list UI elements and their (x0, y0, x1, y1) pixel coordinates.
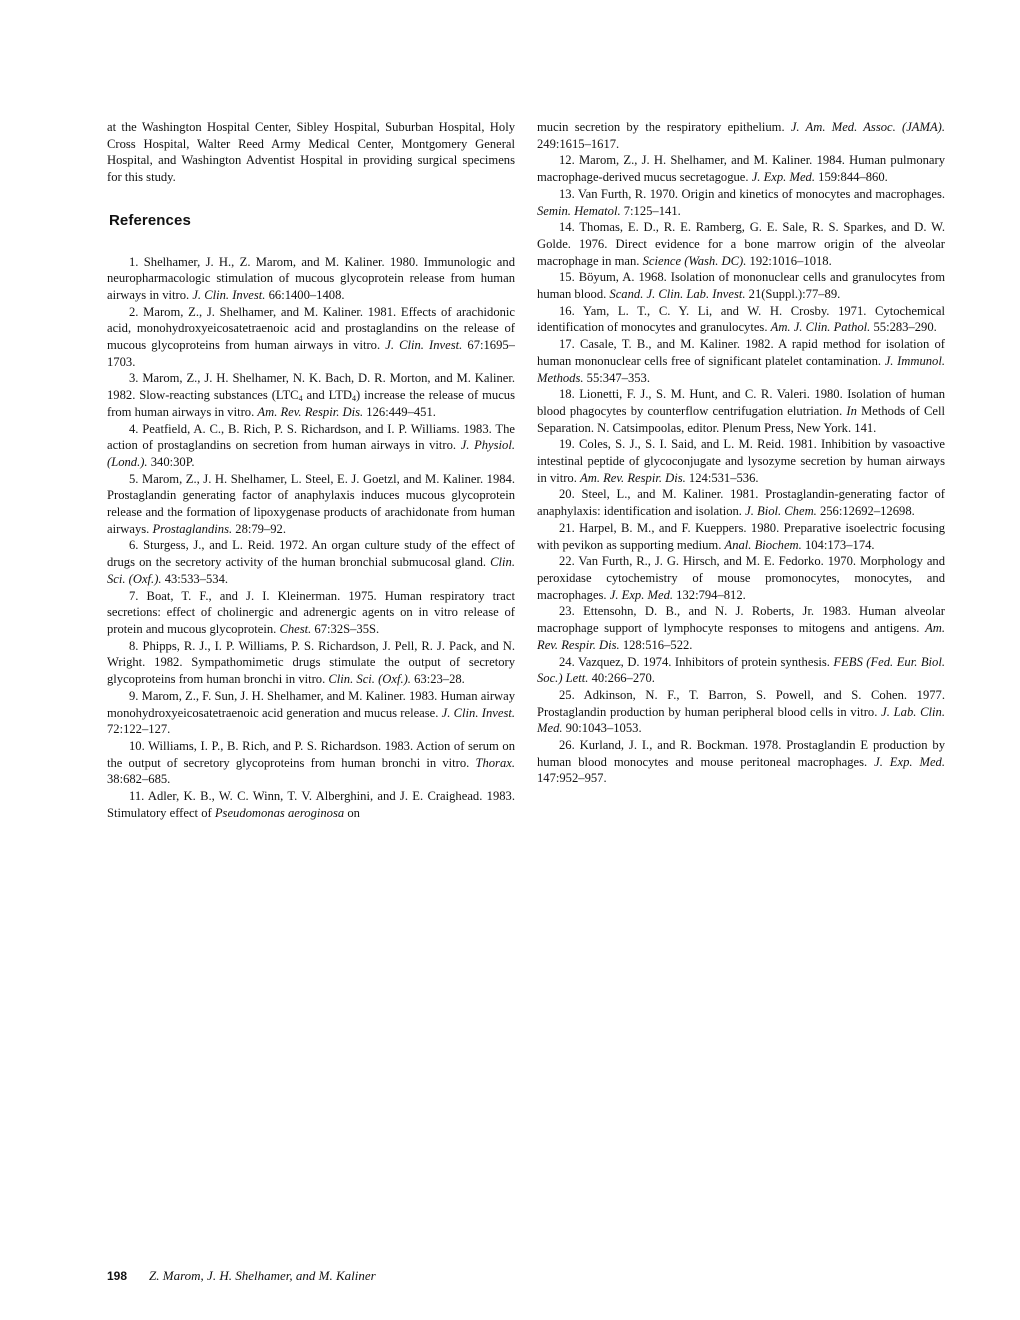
reference-item: 1. Shelhamer, J. H., Z. Marom, and M. Ka… (107, 254, 515, 304)
left-column: at the Washington Hospital Center, Sible… (107, 119, 515, 821)
reference-item: 10. Williams, I. P., B. Rich, and P. S. … (107, 738, 515, 788)
reference-item: 18. Lionetti, F. J., S. M. Hunt, and C. … (537, 386, 945, 436)
running-authors: Z. Marom, J. H. Shelhamer, and M. Kaline… (149, 1268, 376, 1283)
reference-item: 25. Adkinson, N. F., T. Barron, S. Powel… (537, 687, 945, 737)
reference-item: 4. Peatfield, A. C., B. Rich, P. S. Rich… (107, 421, 515, 471)
reference-item: 6. Sturgess, J., and L. Reid. 1972. An o… (107, 537, 515, 587)
reference-item: 14. Thomas, E. D., R. E. Ramberg, G. E. … (537, 219, 945, 269)
reference-item: 22. Van Furth, R., J. G. Hirsch, and M. … (537, 553, 945, 603)
references-heading: References (109, 213, 515, 230)
reference-item: 7. Boat, T. F., and J. I. Kleinerman. 19… (107, 588, 515, 638)
reference-item: 16. Yam, L. T., C. Y. Li, and W. H. Cros… (537, 303, 945, 336)
page-footer: 198Z. Marom, J. H. Shelhamer, and M. Kal… (107, 1268, 376, 1284)
reference-item: 26. Kurland, J. I., and R. Bockman. 1978… (537, 737, 945, 787)
reference-item: 11. Adler, K. B., W. C. Winn, T. V. Albe… (107, 788, 515, 821)
reference-item: 3. Marom, Z., J. H. Shelhamer, N. K. Bac… (107, 370, 515, 420)
page-number: 198 (107, 1269, 127, 1283)
reference-item: 9. Marom, Z., F. Sun, J. H. Shelhamer, a… (107, 688, 515, 738)
reference-item: 5. Marom, Z., J. H. Shelhamer, L. Steel,… (107, 471, 515, 538)
reference-item: 20. Steel, L., and M. Kaliner. 1981. Pro… (537, 486, 945, 519)
reference-item-continuation: mucin secretion by the respiratory epith… (537, 119, 945, 152)
acknowledgment-text: at the Washington Hospital Center, Sible… (107, 119, 515, 186)
reference-item: 19. Coles, S. J., S. I. Said, and L. M. … (537, 436, 945, 486)
reference-item: 23. Ettensohn, D. B., and N. J. Roberts,… (537, 603, 945, 653)
reference-item: 24. Vazquez, D. 1974. Inhibitors of prot… (537, 654, 945, 687)
reference-item: 13. Van Furth, R. 1970. Origin and kinet… (537, 186, 945, 219)
reference-item: 17. Casale, T. B., and M. Kaliner. 1982.… (537, 336, 945, 386)
right-column: mucin secretion by the respiratory epith… (537, 119, 945, 787)
reference-item: 2. Marom, Z., J. Shelhamer, and M. Kalin… (107, 304, 515, 371)
reference-item: 8. Phipps, R. J., I. P. Williams, P. S. … (107, 638, 515, 688)
reference-item: 15. Böyum, A. 1968. Isolation of mononuc… (537, 269, 945, 302)
reference-item: 21. Harpel, B. M., and F. Kueppers. 1980… (537, 520, 945, 553)
reference-item: 12. Marom, Z., J. H. Shelhamer, and M. K… (537, 152, 945, 185)
